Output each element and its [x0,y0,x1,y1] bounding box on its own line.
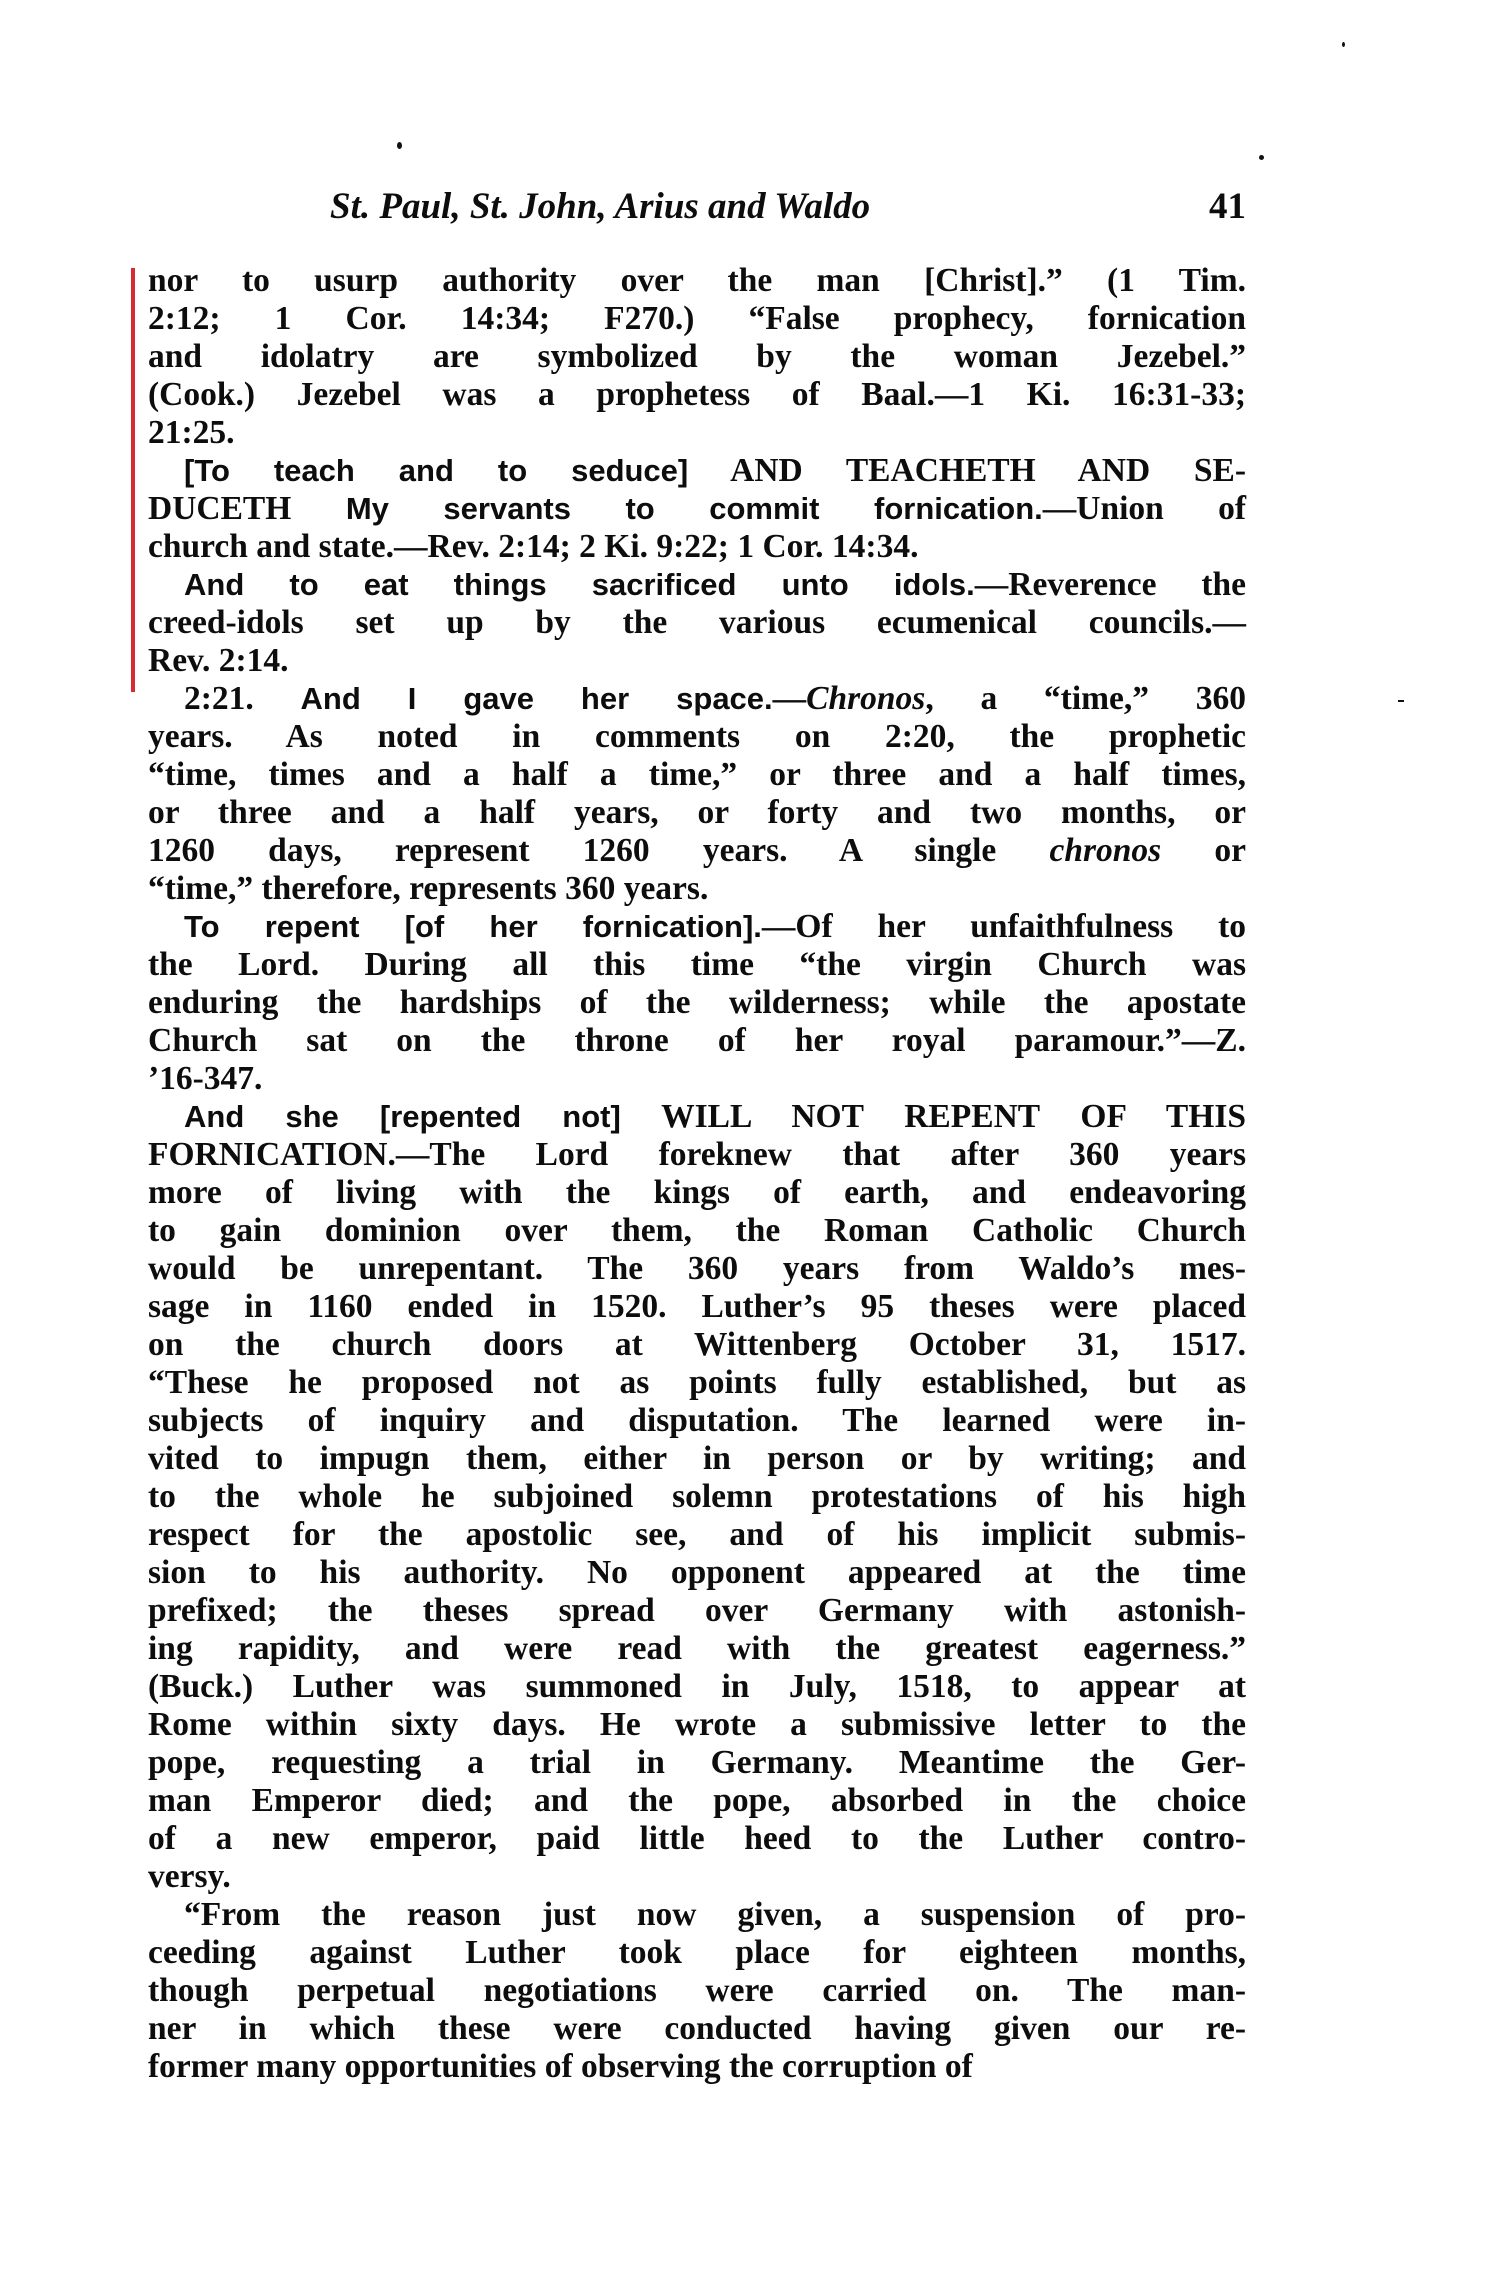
paragraph: And she [repented not] WILL NOT REPENT O… [148,1098,1246,1896]
text-line: And she [repented not] WILL NOT REPENT O… [148,1098,1246,1136]
text-line: Rome within sixty days. He wrote a submi… [148,1706,1246,1744]
lead-phrase: To repent [of her fornication]. [184,909,762,944]
text-line: Rev. 2:14. [148,642,1246,680]
red-margin-annotation [131,268,135,692]
text-run: “time,” therefore, represents 360 years. [148,870,708,907]
scan-speck [1342,42,1345,47]
text-run: ceeding against Luther took place for ei… [148,1934,1246,1971]
text-line: “time, times and a half a time,” or thre… [148,756,1246,794]
scan-speck [1398,700,1404,702]
text-line: prefixed; the theses spread over Germany… [148,1592,1246,1630]
text-run: would be unrepentant. The 360 years from… [148,1250,1246,1287]
text-line: on the church doors at Wittenberg Octobe… [148,1326,1246,1364]
text-run: years. As noted in comments on 2:20, the… [148,718,1246,755]
text-line: sion to his authority. No opponent appea… [148,1554,1246,1592]
text-run: and idolatry are symbolized by the woman… [148,338,1246,375]
paragraph: [To teach and to seduce] AND TEACHETH AN… [148,452,1246,566]
lead-phrase: And she [repented not] [184,1099,621,1134]
lead-phrase: My servants to commit fornication. [291,491,1042,526]
text-run: to gain dominion over them, the Roman Ca… [148,1212,1246,1249]
text-line: would be unrepentant. The 360 years from… [148,1250,1246,1288]
text-line: nor to usurp authority over the man [Chr… [148,262,1246,300]
text-line: 1260 days, represent 1260 years. A singl… [148,832,1246,870]
text-line: of a new emperor, paid little heed to th… [148,1820,1246,1858]
text-line: vited to impugn them, either in person o… [148,1440,1246,1478]
text-line: ’16-347. [148,1060,1246,1098]
text-line: versy. [148,1858,1246,1896]
text-run: WILL NOT REPENT OF THIS [621,1098,1246,1135]
text-run: — [773,680,807,717]
text-run: former many opportunities of observing t… [148,2048,973,2085]
text-run: ’16-347. [148,1060,262,1097]
text-line: ner in which these were conducted having… [148,2010,1246,2048]
text-line: pope, requesting a trial in Germany. Mea… [148,1744,1246,1782]
text-run: “From the reason just now given, a suspe… [184,1896,1246,1933]
text-line: former many opportunities of observing t… [148,2048,1246,2086]
text-line: “From the reason just now given, a suspe… [148,1896,1246,1934]
text-run: (Buck.) Luther was summoned in July, 151… [148,1668,1246,1705]
body-text: nor to usurp authority over the man [Chr… [148,262,1246,2086]
text-run: sion to his authority. No opponent appea… [148,1554,1246,1591]
text-run: though perpetual negotiations were carri… [148,1972,1246,2009]
text-line: (Buck.) Luther was summoned in July, 151… [148,1668,1246,1706]
text-line: subjects of inquiry and disputation. The… [148,1402,1246,1440]
text-run: sage in 1160 ended in 1520. Luther’s 95 … [148,1288,1246,1325]
text-run: nor to usurp authority over the man [Chr… [148,262,1246,299]
text-run: to the whole he subjoined solemn protest… [148,1478,1246,1515]
text-run: pope, requesting a trial in Germany. Mea… [148,1744,1246,1781]
text-run: man Emperor died; and the pope, absorbed… [148,1782,1246,1819]
text-line: 2:12; 1 Cor. 14:34; F270.) “False prophe… [148,300,1246,338]
text-line: more of living with the kings of earth, … [148,1174,1246,1212]
text-run: 1260 days, represent 1260 years. A singl… [148,832,1049,869]
text-run: prefixed; the theses spread over Germany… [148,1592,1246,1629]
page-header: St. Paul, St. John, Arius and Waldo 41 [330,182,1246,232]
text-run: —Of her unfaithfulness to [762,908,1246,945]
text-line: DUCETH My servants to commit fornication… [148,490,1246,528]
lead-phrase: [To teach and to seduce] [184,453,688,488]
text-line: sage in 1160 ended in 1520. Luther’s 95 … [148,1288,1246,1326]
text-run: versy. [148,1858,231,1895]
paragraph: nor to usurp authority over the man [Chr… [148,262,1246,452]
text-line: the Lord. During all this time “the virg… [148,946,1246,984]
running-title: St. Paul, St. John, Arius and Waldo [330,182,870,232]
text-run: subjects of inquiry and disputation. The… [148,1402,1246,1439]
text-run: or [1161,832,1246,869]
text-line: FORNICATION.—The Lord foreknew that afte… [148,1136,1246,1174]
text-run: enduring the hardships of the wilderness… [148,984,1246,1021]
text-run: on the church doors at Wittenberg Octobe… [148,1326,1246,1363]
text-run: —Reverence the [975,566,1246,603]
text-line: ceeding against Luther took place for ei… [148,1934,1246,1972]
text-run: “These he proposed not as points fully e… [148,1364,1246,1401]
lead-phrase: And I gave her space. [301,681,773,716]
paragraph: And to eat things sacrificed unto idols.… [148,566,1246,680]
text-line: To repent [of her fornication].—Of her u… [148,908,1246,946]
text-line: ing rapidity, and were read with the gre… [148,1630,1246,1668]
paragraph: To repent [of her fornication].—Of her u… [148,908,1246,1098]
text-line: to the whole he subjoined solemn protest… [148,1478,1246,1516]
text-run: DUCETH [148,490,291,527]
text-line: enduring the hardships of the wilderness… [148,984,1246,1022]
text-line: years. As noted in comments on 2:20, the… [148,718,1246,756]
italic-term: Chronos [806,680,925,717]
text-run: of a new emperor, paid little heed to th… [148,1820,1246,1857]
text-line: or three and a half years, or forty and … [148,794,1246,832]
text-run: Rev. 2:14. [148,642,289,679]
scanned-book-page: St. Paul, St. John, Arius and Waldo 41 n… [0,0,1500,2274]
text-line: though perpetual negotiations were carri… [148,1972,1246,2010]
text-line: man Emperor died; and the pope, absorbed… [148,1782,1246,1820]
text-run: the Lord. During all this time “the virg… [148,946,1246,983]
text-run: 21:25. [148,414,235,451]
text-line: 2:21. And I gave her space.—Chronos, a “… [148,680,1246,718]
text-line: “These he proposed not as points fully e… [148,1364,1246,1402]
scan-speck [1259,155,1264,160]
text-line: And to eat things sacrificed unto idols.… [148,566,1246,604]
text-run: , a “time,” 360 [925,680,1246,717]
text-run: or three and a half years, or forty and … [148,794,1246,831]
italic-term: chronos [1049,832,1161,869]
paragraph: 2:21. And I gave her space.—Chronos, a “… [148,680,1246,908]
text-line: “time,” therefore, represents 360 years. [148,870,1246,908]
text-run: (Cook.) Jezebel was a prophetess of Baal… [148,376,1246,413]
text-line: Church sat on the throne of her royal pa… [148,1022,1246,1060]
text-line: 21:25. [148,414,1246,452]
text-line: church and state.—Rev. 2:14; 2 Ki. 9:22;… [148,528,1246,566]
text-line: [To teach and to seduce] AND TEACHETH AN… [148,452,1246,490]
text-line: and idolatry are symbolized by the woman… [148,338,1246,376]
page-number: 41 [1209,182,1246,232]
text-run: ing rapidity, and were read with the gre… [148,1630,1246,1667]
text-run: ner in which these were conducted having… [148,2010,1246,2047]
text-run: more of living with the kings of earth, … [148,1174,1246,1211]
lead-phrase: And to eat things sacrificed unto idols. [184,567,975,602]
scan-speck [397,142,402,149]
text-line: to gain dominion over them, the Roman Ca… [148,1212,1246,1250]
text-run: FORNICATION.—The Lord foreknew that afte… [148,1136,1246,1173]
text-line: respect for the apostolic see, and of hi… [148,1516,1246,1554]
text-run: “time, times and a half a time,” or thre… [148,756,1246,793]
text-line: creed-idols set up by the various ecumen… [148,604,1246,642]
text-run: AND TEACHETH AND SE- [688,452,1246,489]
text-run: church and state.—Rev. 2:14; 2 Ki. 9:22;… [148,528,918,565]
paragraph: “From the reason just now given, a suspe… [148,1896,1246,2086]
text-run: 2:12; 1 Cor. 14:34; F270.) “False prophe… [148,300,1246,337]
text-run: creed-idols set up by the various ecumen… [148,604,1246,641]
text-run: Church sat on the throne of her royal pa… [148,1022,1246,1059]
text-run: Rome within sixty days. He wrote a submi… [148,1706,1246,1743]
text-run: —Union of [1043,490,1246,527]
text-line: (Cook.) Jezebel was a prophetess of Baal… [148,376,1246,414]
text-run: vited to impugn them, either in person o… [148,1440,1246,1477]
text-run: 2:21. [184,680,301,717]
text-run: respect for the apostolic see, and of hi… [148,1516,1246,1553]
